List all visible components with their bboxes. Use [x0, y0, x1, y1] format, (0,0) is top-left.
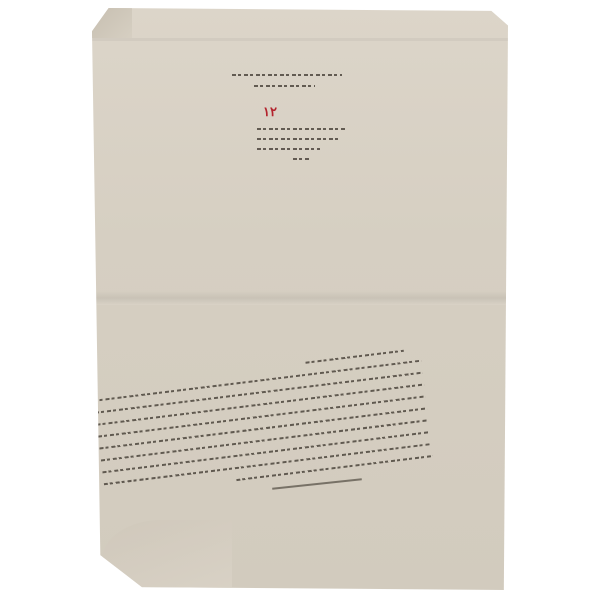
horizontal-fold-line [92, 291, 508, 305]
manuscript-page: ١٢ [92, 8, 508, 590]
header-script [232, 74, 342, 96]
address-script [257, 128, 347, 168]
folded-corner [92, 8, 132, 38]
red-folio-number: ١٢ [263, 105, 277, 120]
body-script [92, 348, 434, 507]
curled-paper-edge [102, 520, 232, 590]
top-crease [92, 38, 508, 41]
